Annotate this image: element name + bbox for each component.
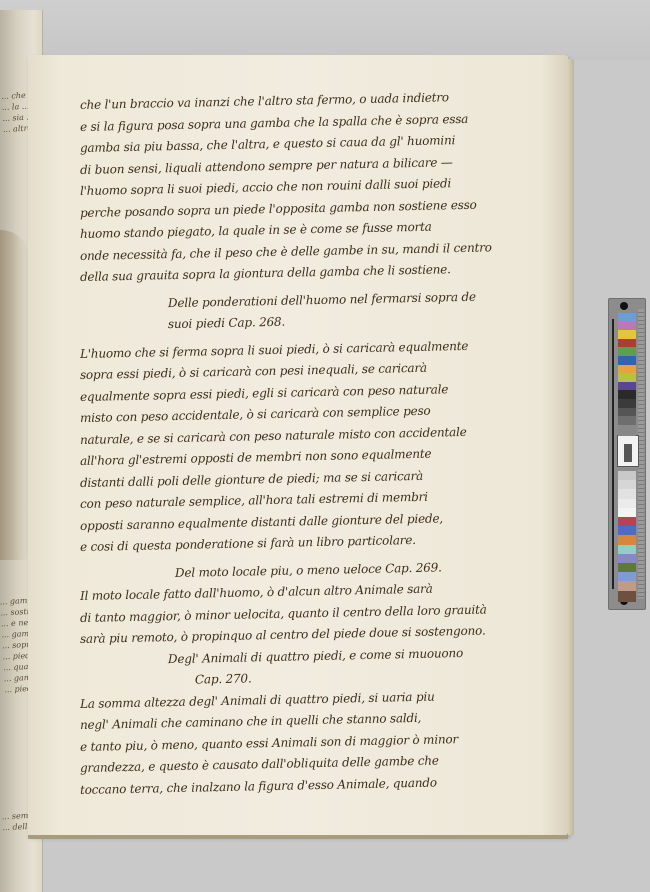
chart-rail <box>612 319 614 589</box>
page-bottom-edge <box>28 835 568 839</box>
anatomical-drawing-fragment <box>0 230 30 560</box>
chart-label-card <box>617 435 639 467</box>
color-swatch <box>618 591 636 602</box>
color-swatch <box>618 425 636 436</box>
color-calibration-chart <box>608 298 646 610</box>
scanner-background <box>0 0 650 60</box>
chart-hole-icon <box>620 302 628 310</box>
manuscript-text: che l'un braccio va inanzi che l'altro s… <box>80 95 520 801</box>
page-stack-edge <box>568 59 574 835</box>
